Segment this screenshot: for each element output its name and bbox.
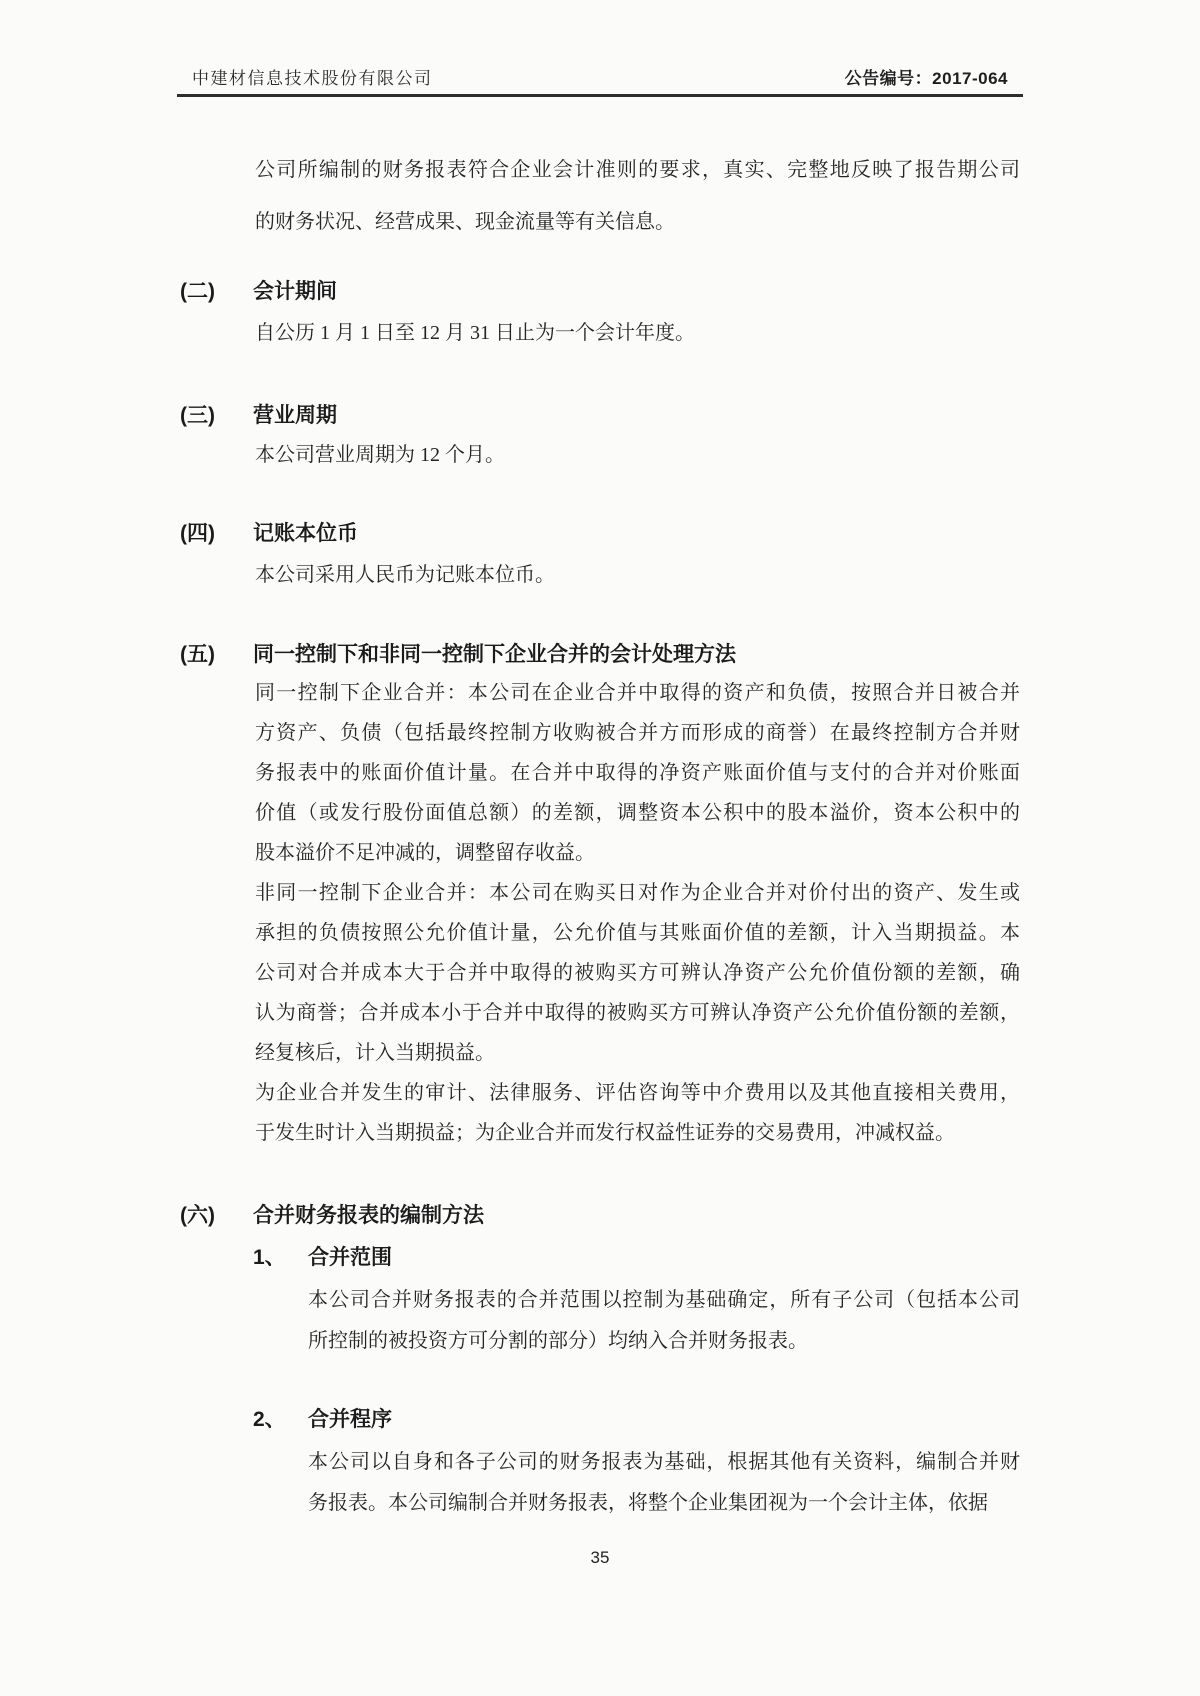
text-line: 同一控制下企业合并：本公司在企业合并中取得的资产和负债，按照合并日被合并 <box>255 673 1020 713</box>
text-line: 自公历 1 月 1 日至 12 月 31 日止为一个会计年度。 <box>255 313 1020 353</box>
section-functional-currency-heading: (四)记账本位币 <box>180 520 358 548</box>
subsection-consolidation-scope-body: 本公司合并财务报表的合并范围以控制为基础确定，所有子公司（包括本公司所控制的被投… <box>308 1280 1020 1362</box>
paragraph-combination-fees: 为企业合并发生的审计、法律服务、评估咨询等中介费用以及其他直接相关费用，于发生时… <box>255 1073 1020 1153</box>
subsection-number: 2、 <box>253 1406 308 1434</box>
text-line: 为企业合并发生的审计、法律服务、评估咨询等中介费用以及其他直接相关费用， <box>255 1073 1020 1113</box>
subsection-consolidation-scope-heading: 1、合并范围 <box>253 1244 392 1272</box>
section-functional-currency-body: 本公司采用人民币为记账本位币。 <box>255 555 1020 595</box>
text-line: 公司对合并成本大于合并中取得的被购买方可辨认净资产公允价值份额的差额，确 <box>255 953 1020 993</box>
text-line: 股本溢价不足冲减的，调整留存收益。 <box>255 833 1020 873</box>
intro-paragraph: 公司所编制的财务报表符合企业会计准则的要求，真实、完整地反映了报告期公司的财务状… <box>255 144 1020 248</box>
text-line: 本公司营业周期为 12 个月。 <box>255 435 1020 475</box>
section-business-combinations-heading: (五)同一控制下和非同一控制下企业合并的会计处理方法 <box>180 641 736 669</box>
section-business-combinations-body: 同一控制下企业合并：本公司在企业合并中取得的资产和负债，按照合并日被合并方资产、… <box>255 673 1020 1153</box>
subsection-title: 合并范围 <box>308 1246 392 1269</box>
section-number: (二) <box>180 278 253 306</box>
section-accounting-period-body: 自公历 1 月 1 日至 12 月 31 日止为一个会计年度。 <box>255 313 1020 353</box>
section-operating-cycle-heading: (三)营业周期 <box>180 402 337 430</box>
text-line: 认为商誉；合并成本小于合并中取得的被购买方可辨认净资产公允价值份额的差额， <box>255 993 1020 1033</box>
section-title: 同一控制下和非同一控制下企业合并的会计处理方法 <box>253 643 736 666</box>
text-line: 方资产、负债（包括最终控制方收购被合并方而形成的商誉）在最终控制方合并财 <box>255 713 1020 753</box>
text-line: 本公司合并财务报表的合并范围以控制为基础确定，所有子公司（包括本公司 <box>308 1280 1020 1321</box>
text-line: 承担的负债按照公允价值计量，公允价值与其账面价值的差额，计入当期损益。本 <box>255 913 1020 953</box>
page-number: 35 <box>0 1548 1200 1568</box>
subsection-title: 合并程序 <box>308 1408 392 1431</box>
section-title: 会计期间 <box>253 280 337 303</box>
header-announcement-number: 公告编号：2017-064 <box>845 64 1008 89</box>
text-line: 务报表中的账面价值计量。在合并中取得的净资产账面价值与支付的合并对价账面 <box>255 753 1020 793</box>
text-line: 本公司以自身和各子公司的财务报表为基础，根据其他有关资料，编制合并财 <box>308 1442 1020 1483</box>
section-title: 记账本位币 <box>253 522 358 545</box>
paragraph-non-common-control: 非同一控制下企业合并：本公司在购买日对作为企业合并对价付出的资产、发生或承担的负… <box>255 873 1020 1073</box>
section-accounting-period-heading: (二)会计期间 <box>180 278 337 306</box>
section-number: (三) <box>180 402 253 430</box>
text-line: 价值（或发行股份面值总额）的差额，调整资本公积中的股本溢价，资本公积中的 <box>255 793 1020 833</box>
subsection-number: 1、 <box>253 1244 308 1272</box>
header-company-name: 中建材信息技术股份有限公司 <box>192 64 433 89</box>
header-rule <box>177 94 1023 97</box>
text-line: 经复核后，计入当期损益。 <box>255 1033 1020 1073</box>
section-number: (五) <box>180 641 253 669</box>
subsection-consolidation-procedure-heading: 2、合并程序 <box>253 1406 392 1434</box>
section-consolidation-method-heading: (六)合并财务报表的编制方法 <box>180 1202 484 1230</box>
section-operating-cycle-body: 本公司营业周期为 12 个月。 <box>255 435 1020 475</box>
text-line: 非同一控制下企业合并：本公司在购买日对作为企业合并对价付出的资产、发生或 <box>255 873 1020 913</box>
text-line: 的财务状况、经营成果、现金流量等有关信息。 <box>255 196 1020 248</box>
text-line: 于发生时计入当期损益；为企业合并而发行权益性证券的交易费用，冲减权益。 <box>255 1113 1020 1153</box>
section-title: 合并财务报表的编制方法 <box>253 1204 484 1227</box>
section-title: 营业周期 <box>253 404 337 427</box>
text-line: 务报表。本公司编制合并财务报表，将整个企业集团视为一个会计主体，依据 <box>308 1483 1020 1524</box>
section-number: (四) <box>180 520 253 548</box>
paragraph-common-control: 同一控制下企业合并：本公司在企业合并中取得的资产和负债，按照合并日被合并方资产、… <box>255 673 1020 873</box>
section-number: (六) <box>180 1202 253 1230</box>
text-line: 所控制的被投资方可分割的部分）均纳入合并财务报表。 <box>308 1321 1020 1362</box>
subsection-consolidation-procedure-body: 本公司以自身和各子公司的财务报表为基础，根据其他有关资料，编制合并财务报表。本公… <box>308 1442 1020 1524</box>
text-line: 公司所编制的财务报表符合企业会计准则的要求，真实、完整地反映了报告期公司 <box>255 144 1020 196</box>
document-page: 中建材信息技术股份有限公司 公告编号：2017-064 公司所编制的财务报表符合… <box>0 0 1200 1696</box>
text-line: 本公司采用人民币为记账本位币。 <box>255 555 1020 595</box>
